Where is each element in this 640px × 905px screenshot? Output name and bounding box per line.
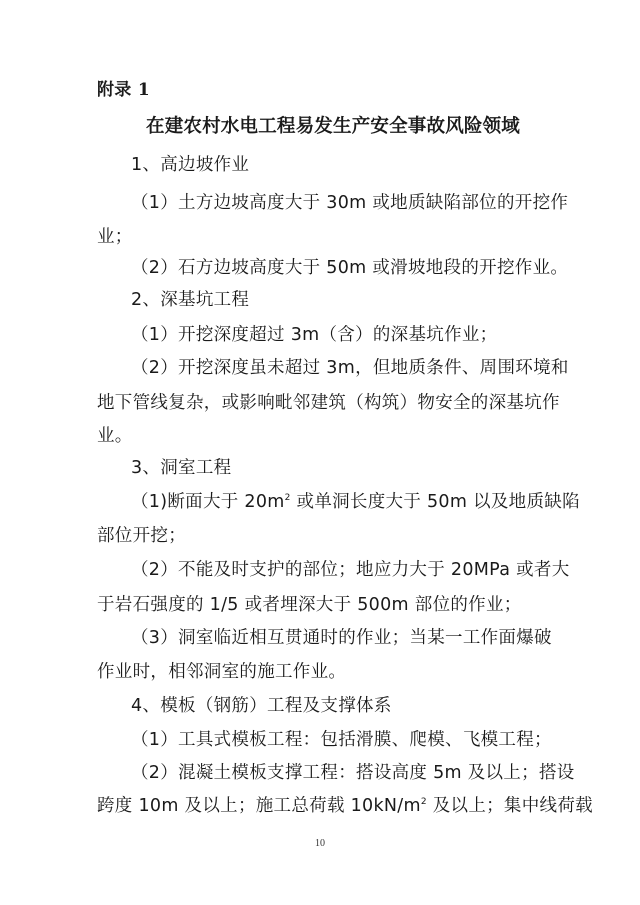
paragraph-line: （2）混凝土模板支撑工程：搭设高度 5m 及以上；搭设 [131, 762, 575, 784]
paragraph-line: （1）工具式模板工程：包括滑膜、爬模、飞模工程； [131, 729, 552, 751]
page-number: 10 [0, 838, 640, 849]
text-segment: 及以上；集中线荷载 [427, 796, 593, 816]
text-segment: （1)断面大于 20m [131, 492, 285, 512]
section-heading: 3、洞室工程 [131, 457, 231, 479]
section-heading: 1、高边坡作业 [131, 154, 249, 176]
paragraph-line: 业。 [97, 425, 133, 447]
paragraph-line: 地下管线复杂，或影响毗邻建筑（构筑）物安全的深基坑作 [97, 392, 560, 414]
paragraph-line: （2）石方边坡高度大于 50m 或滑坡地段的开挖作业。 [131, 257, 568, 279]
section-heading: 4、模板（钢筋）工程及支撑体系 [131, 695, 392, 717]
section-heading: 2、深基坑工程 [131, 289, 249, 311]
paragraph-line: （3）洞室临近相互贯通时的作业；当某一工作面爆破 [131, 627, 552, 649]
paragraph-line: 业； [97, 226, 133, 248]
paragraph-line: 部位开挖； [97, 525, 186, 547]
appendix-label: 附录 1 [97, 79, 150, 101]
document-title: 在建农村水电工程易发生产安全事故风险领域 [146, 116, 520, 138]
paragraph-line: 于岩石强度的 1/5 或者埋深大于 500m 部位的作业； [97, 594, 522, 616]
paragraph-line: （1）开挖深度超过 3m（含）的深基坑作业； [131, 324, 497, 346]
paragraph-line: （2）开挖深度虽未超过 3m，但地质条件、周围环境和 [131, 357, 569, 379]
text-segment: 跨度 10m 及以上；施工总荷载 10kN/m [97, 796, 421, 816]
paragraph-line: （2）不能及时支护的部位；地应力大于 20MPa 或者大 [131, 559, 570, 581]
paragraph-line: （1）土方边坡高度大于 30m 或地质缺陷部位的开挖作 [131, 192, 568, 214]
document-page: 附录 1 在建农村水电工程易发生产安全事故风险领域 1、高边坡作业 （1）土方边… [0, 0, 640, 905]
paragraph-line: （1)断面大于 20m2 或单洞长度大于 50m 以及地质缺陷 [131, 491, 580, 513]
paragraph-line: 跨度 10m 及以上；施工总荷载 10kN/m2 及以上；集中线荷载 [97, 795, 593, 817]
paragraph-line: 作业时，相邻洞室的施工作业。 [97, 661, 346, 683]
text-segment: 或单洞长度大于 50m 以及地质缺陷 [291, 492, 580, 512]
